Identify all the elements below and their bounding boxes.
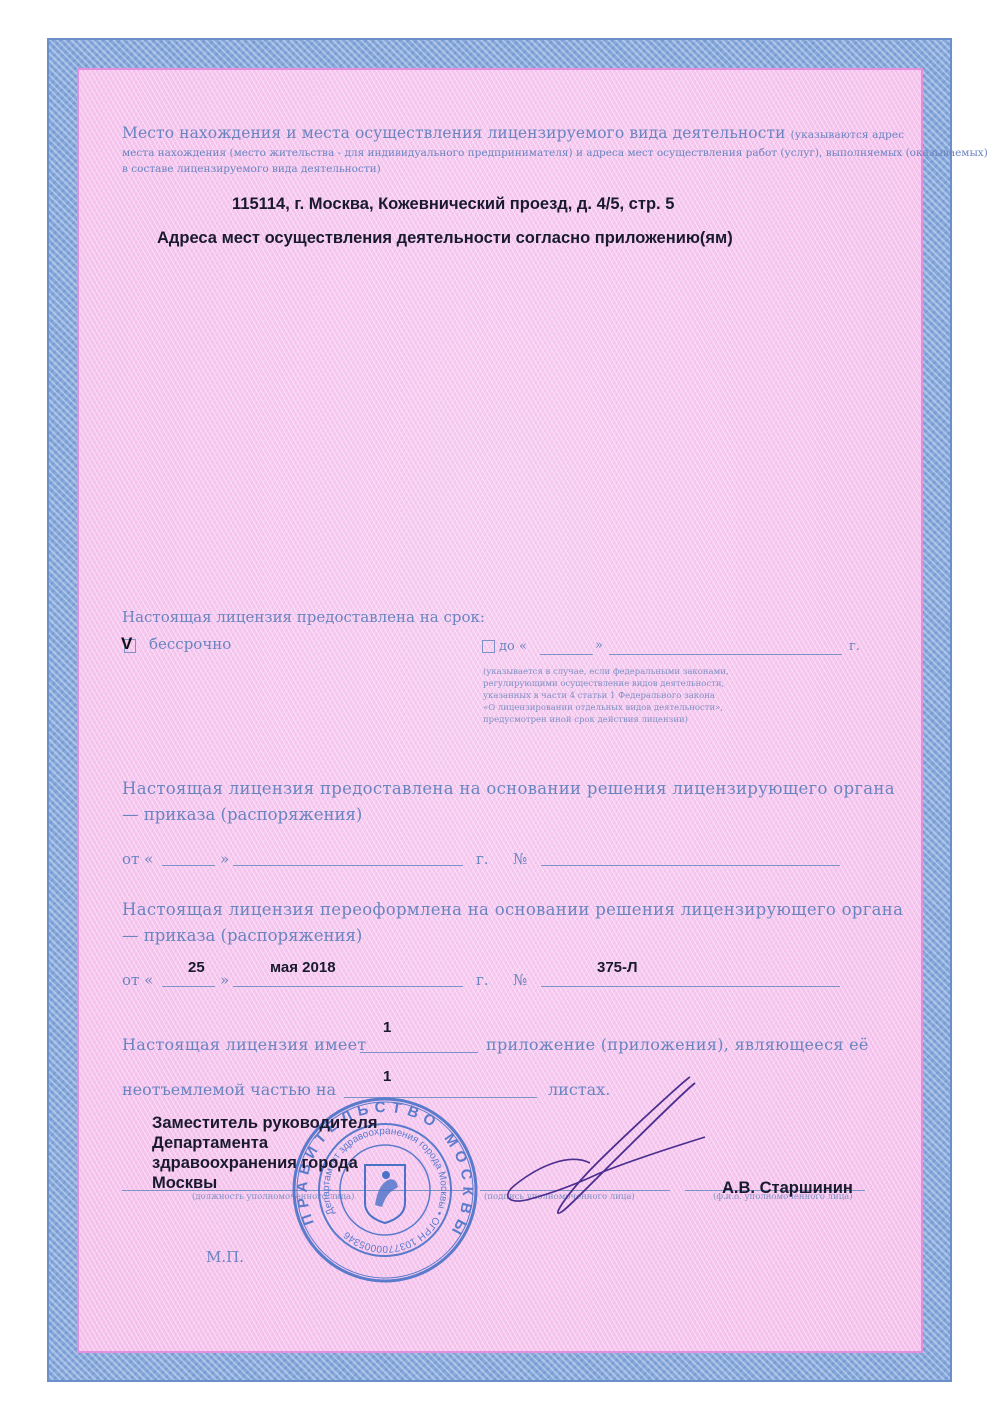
term-note-line: указанных в части 4 статьи 1 Федеральног… <box>483 690 729 702</box>
reissued-number-field[interactable] <box>541 986 840 987</box>
term-note-line: регулирующими осуществление видов деятел… <box>483 678 729 690</box>
until-prefix: до « <box>499 639 527 654</box>
location-heading: Место нахождения и места осуществления л… <box>122 124 904 142</box>
reissued-day-field[interactable] <box>162 986 215 987</box>
granted-line1: Настоящая лицензия предоставлена на осно… <box>122 779 895 798</box>
granted-date-field[interactable] <box>233 865 463 866</box>
signatory-position-line: Департамента <box>152 1133 377 1153</box>
granted-number-field[interactable] <box>541 865 840 866</box>
perpetual-label: бессрочно <box>149 635 231 653</box>
reissued-line2: — приказа (распоряжения) <box>122 926 362 945</box>
appendix-count-value: 1 <box>383 1019 391 1036</box>
main-address: 115114, г. Москва, Кожевнический проезд,… <box>232 195 674 214</box>
appendix-sheets-value: 1 <box>383 1068 391 1085</box>
signatory-name: А.В. Старшинин <box>722 1179 853 1198</box>
seal-place-label: М.П. <box>206 1248 244 1266</box>
appendix-line1-prefix: Настоящая лицензия имеет <box>122 1035 367 1054</box>
granted-from-prefix: от « <box>122 850 153 868</box>
term-note-line: предусмотрен иной срок действия лицензии… <box>483 714 729 726</box>
term-note: (указывается в случае, если федеральными… <box>483 666 729 726</box>
location-note-line3: в составе лицензируемого вида деятельнос… <box>122 163 381 175</box>
reissued-day-value: 25 <box>188 959 205 976</box>
term-note-line: (указывается в случае, если федеральными… <box>483 666 729 678</box>
check-mark-icon: V <box>121 634 132 654</box>
until-mid: » <box>595 638 603 653</box>
until-checkbox[interactable] <box>482 640 495 653</box>
reissued-month-year-value: мая 2018 <box>270 959 336 976</box>
term-label: Настоящая лицензия предоставлена на срок… <box>122 608 485 626</box>
reissued-from-prefix: от « <box>122 971 153 989</box>
signatory-position-line: Заместитель руководителя <box>152 1113 377 1133</box>
reissued-line1: Настоящая лицензия переоформлена на осно… <box>122 900 903 919</box>
until-year-suffix: г. <box>849 639 860 654</box>
granted-from-mid: » <box>220 850 229 868</box>
location-heading-note: (указываются адрес <box>791 129 905 141</box>
reissued-from-mid: » <box>220 971 229 989</box>
granted-year-suffix: г. <box>476 850 489 868</box>
granted-line2: — приказа (распоряжения) <box>122 805 362 824</box>
location-note-line2: места нахождения (место жительства - для… <box>122 147 988 159</box>
reissued-number-prefix: № <box>513 971 527 989</box>
signatory-position-line: здравоохранения города <box>152 1153 377 1173</box>
granted-number-prefix: № <box>513 850 527 868</box>
location-heading-title: Место нахождения и места осуществления л… <box>122 124 786 142</box>
until-date-field[interactable] <box>609 654 842 655</box>
handwritten-signature <box>490 1065 710 1225</box>
until-day-field[interactable] <box>540 654 593 655</box>
signatory-position-line: Москвы <box>152 1173 377 1193</box>
signatory-position: Заместитель руководителя Департамента зд… <box>152 1113 377 1193</box>
reissued-year-suffix: г. <box>476 971 489 989</box>
reissued-date-field[interactable] <box>233 986 463 987</box>
granted-day-field[interactable] <box>162 865 215 866</box>
term-note-line: «О лицензировании отдельных видов деятел… <box>483 702 729 714</box>
reissued-number-value: 375-Л <box>597 959 638 976</box>
appendix-count-field[interactable] <box>360 1052 478 1053</box>
activity-places: Адреса мест осуществления деятельности с… <box>157 229 733 248</box>
appendix-line1-suffix: приложение (приложения), являющееся её <box>486 1035 869 1054</box>
